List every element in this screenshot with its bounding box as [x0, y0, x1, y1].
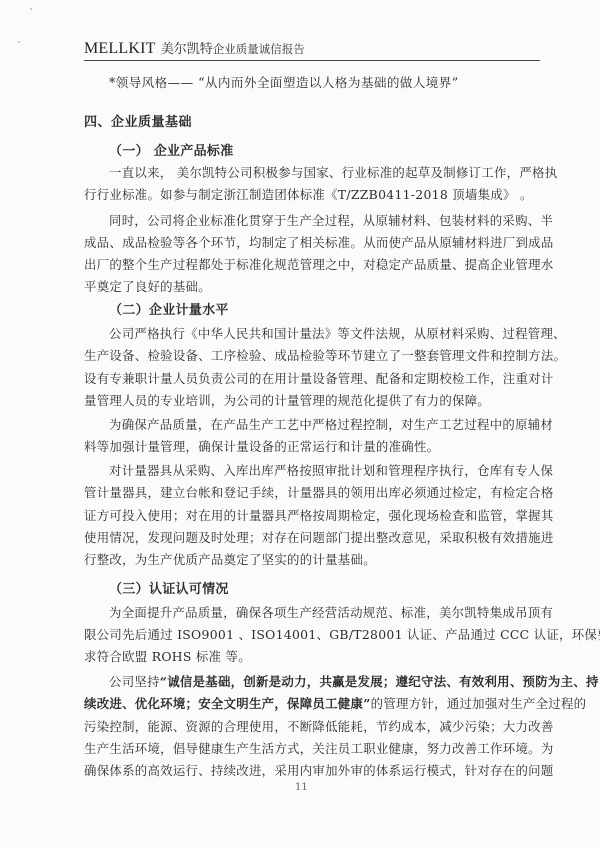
paragraph-line: 行行业标准。如参与制定浙江制造团体标准《T/ZZB0411-2018 顶墙集成》… — [84, 184, 540, 207]
paragraph-line: 料等加强计量管理，确保计量设备的正常运行和计量的准确性。 — [84, 436, 540, 459]
page-header: MELLKIT 美尔凯特企业质量诚信报告 — [84, 38, 540, 61]
paragraph-line: 证方可投入使用；对在用的计量器具严格按周期检定，强化现场检查和监管，掌握其 — [84, 505, 540, 528]
paragraph-line: 管计量器具，建立台帐和登记手续，计量器具的领用出库必须通过检定，有检定合格 — [84, 482, 540, 505]
paragraph-line: 生产设备、检验设备、工序检验、成品检验等环节建立了一整套管理文件和控制方法。 — [84, 345, 540, 368]
paragraph-line: 续改进、优化环境；安全文明生产，保障员工健康”的管理方针，通过加强对生产全过程的 — [84, 693, 540, 716]
paragraph-line: 对计量器具从采购、入库出库严格按照审批计划和管理程序执行，仓库有专人保 — [84, 460, 565, 483]
paragraph-line: 出厂的整个生产过程都处于标准化规范管理之中，对稳定产品质量、提高企业管理水 — [84, 254, 540, 277]
paragraph-line: 量管理人员的专业培训，为公司的计量管理的规范化提供了有力的保障。 — [84, 390, 540, 413]
document-page: MELLKIT 美尔凯特企业质量诚信报告 *领导风格—— “从内而外全面塑造以人… — [0, 0, 600, 848]
section-heading: 四、企业质量基础 — [84, 112, 540, 135]
paragraph-line: 使用情况，发现问题及时处理；对存在问题部门提出整改意见，采取积极有效措施进 — [84, 527, 540, 550]
policy-suffix: 的管理方针，通过加强对生产全过程的 — [371, 696, 587, 711]
subsection-heading: （三）认证认可情况 — [84, 579, 565, 602]
header-title: 企业质量诚信报告 — [213, 42, 305, 56]
paragraph-line: 平奠定了良好的基础。 — [84, 276, 540, 299]
paragraph-line: 求符合欧盟 ROHS 标准 等。 — [84, 646, 540, 669]
header-company: 美尔凯特 — [161, 42, 213, 57]
paragraph-line: 公司坚持“诚信是基础，创新是动力，共赢是发展；遵纪守法、有效利用、预防为主、持 — [84, 671, 565, 694]
paragraph-line: 污染控制，能源、资源的合理使用，不断降低能耗，节约成本，减少污染；大力改善 — [84, 716, 540, 739]
management-policy: “诚信是基础，创新是动力，共赢是发展；遵纪守法、有效利用、预防为主、持 — [160, 674, 599, 689]
policy-intro: 公司坚持 — [109, 674, 160, 689]
paragraph-line: 为确保产品质量，在产品生产工艺中严格过程控制，对生产工艺过程中的原辅材 — [84, 414, 565, 437]
page-number: 11 — [295, 782, 308, 793]
subsection-heading: （二）企业计量水平 — [84, 300, 565, 323]
paragraph-line: 同时，公司将企业标准化贯穿于生产全过程，从原辅材料、包装材料的采购、半 — [84, 210, 565, 233]
subsection-heading: （一） 企业产品标准 — [84, 141, 565, 164]
paragraph-line: 一直以来， 美尔凯特公司积极参与国家、行业标准的起草及制修订工作，严格执 — [84, 162, 565, 185]
paragraph-line: 行整改，为生产优质产品奠定了坚实的的计量基础。 — [84, 549, 540, 572]
header-brand: MELLKIT — [84, 40, 156, 57]
scan-speck — [30, 8, 32, 10]
management-policy: 续改进、优化环境；安全文明生产，保障员工健康” — [84, 696, 371, 711]
scan-speck — [18, 41, 20, 43]
paragraph-line: 限公司先后通过 ISO9001 、ISO14001、GB/T28001 认证、产… — [84, 624, 540, 647]
paragraph-line: 确保体系的高效运行、持续改进，采用内审加外审的体系运行模式，针对存在的问题 — [84, 760, 540, 783]
paragraph-line: 为全面提升产品质量，确保各项生产经营活动规范、标准，美尔凯特集成吊顶有 — [84, 602, 565, 625]
paragraph-line: 设有专兼职计量人员负责公司的在用计量设备管理、配备和定期校检工作，注重对计 — [84, 368, 540, 391]
paragraph-line: 生产生活环境，倡导健康生产生活方式，关注员工职业健康，努力改善工作环境。为 — [84, 738, 540, 761]
leadership-style: *领导风格—— “从内而外全面塑造以人格为基础的做人境界” — [84, 72, 565, 95]
paragraph-line: 公司严格执行《中华人民共和国计量法》等文件法规，从原材料采购、过程管理、 — [84, 323, 565, 346]
paragraph-line: 成品、成品检验等各个环节，均制定了相关标准。从而使产品从原辅材料进厂到成品 — [84, 232, 540, 255]
